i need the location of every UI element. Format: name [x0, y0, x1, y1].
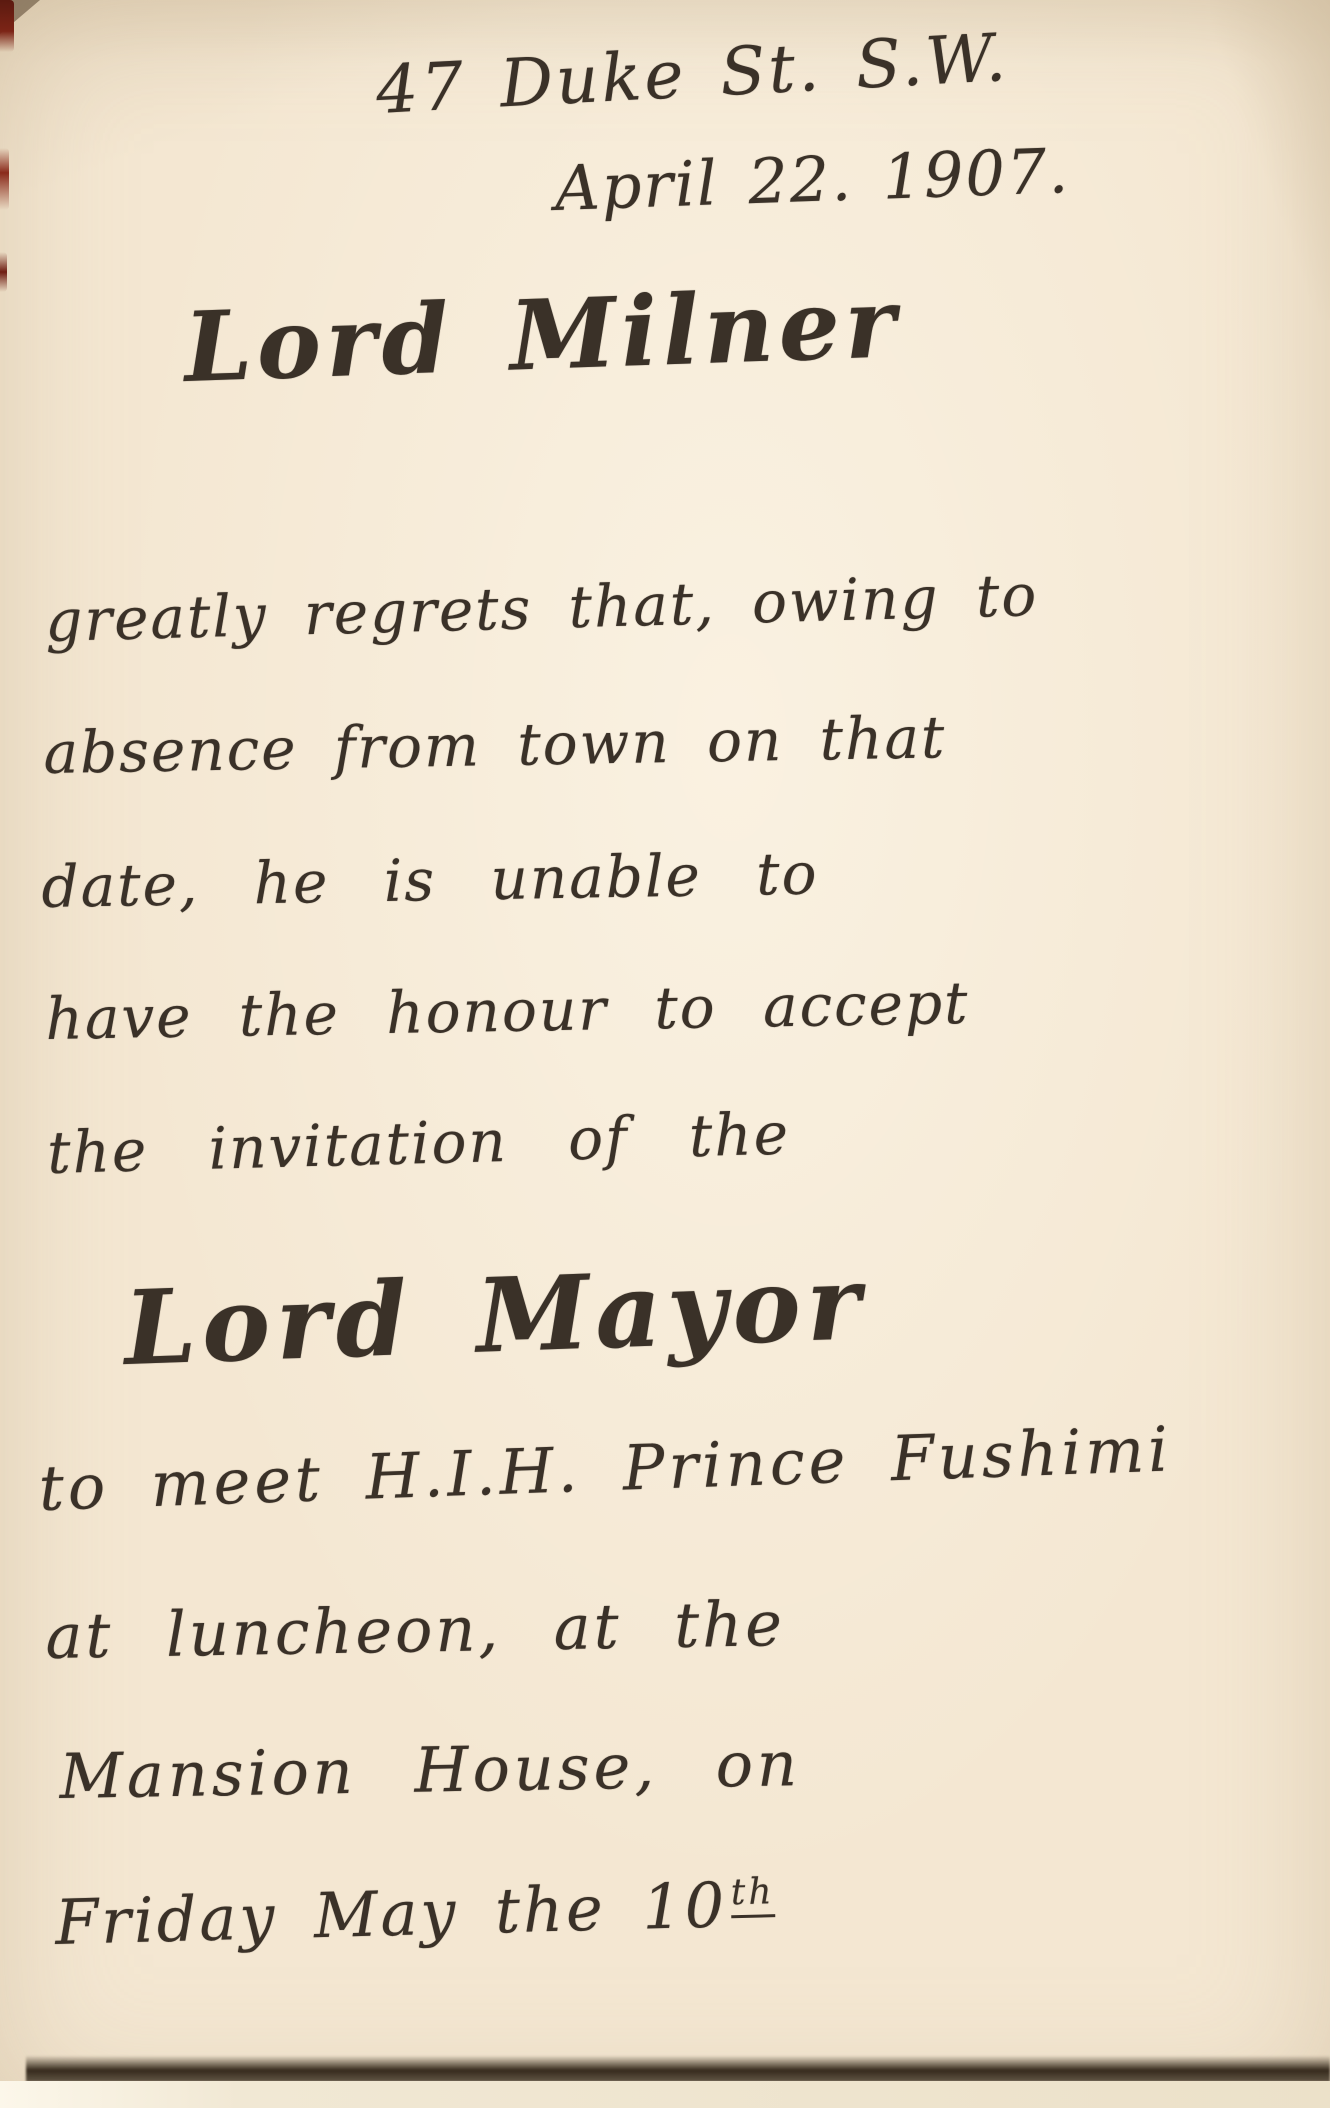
scanned-letter-page: 47 Duke St. S.W. April 22. 1907. Lord Mi…	[0, 0, 1330, 2108]
edge-stain-mark	[0, 252, 7, 292]
date-line: April 22. 1907.	[554, 140, 1071, 220]
address-line: 47 Duke St. S.W.	[375, 25, 1011, 124]
host-name-line: Lord Mayor	[122, 1252, 867, 1380]
edge-stain-mark	[0, 148, 9, 210]
body-line: date, he is unable to	[41, 844, 819, 916]
scan-shadow-bottom-edge	[26, 2056, 1330, 2082]
sender-name-line: Lord Milner	[183, 275, 902, 396]
body-line: the invitation of the	[46, 1105, 790, 1182]
paper-crease	[1210, 0, 1330, 320]
closing-day-number: 10	[641, 1868, 728, 1943]
body-line: to meet H.I.H. Prince Fushimi	[38, 1418, 1173, 1520]
underlying-page-strip	[0, 2081, 1330, 2108]
body-line: absence from town on that	[43, 708, 947, 782]
closing-ordinal-superscript: th	[730, 1872, 775, 1919]
closing-text: Friday May the	[54, 1871, 643, 1959]
body-line: Mansion House, on	[59, 1733, 801, 1808]
closing-date-line: Friday May the 10th	[54, 1873, 775, 1954]
edge-stain-mark	[0, 0, 14, 52]
body-line: at luncheon, at the	[45, 1593, 785, 1668]
body-line: have the honour to accept	[45, 974, 970, 1048]
body-line: greatly regrets that, owing to	[44, 566, 1038, 650]
